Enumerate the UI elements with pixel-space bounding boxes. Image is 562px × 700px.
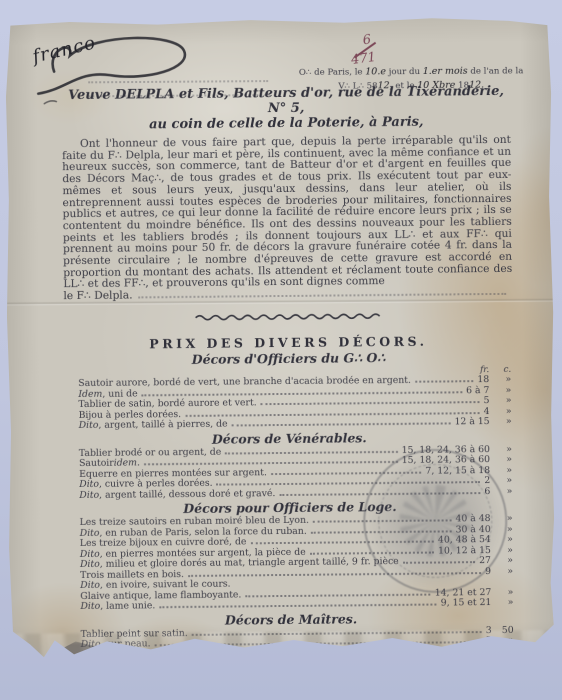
price-francs: 7, 12, 15 à 18 — [425, 466, 490, 477]
dateline-printed: O∴ de Paris, le — [299, 67, 365, 77]
row-label-italic: Dito — [81, 650, 101, 661]
dotted-leader — [232, 423, 451, 427]
row-label-rest: , sur peau. — [130, 660, 180, 664]
dateline-printed: jour du — [386, 67, 423, 77]
price-row: Dito, idem, sur peau. 3 » — [81, 657, 514, 664]
row-label-italic: Dito — [79, 490, 99, 501]
dotted-leader — [217, 481, 481, 486]
squiggle-icon — [193, 311, 383, 321]
dotted-leader — [185, 412, 480, 417]
aged-document-paper: franco 6 471 O∴ de Paris, le 10.e jour d… — [4, 16, 557, 664]
price-centimes: 50 — [492, 646, 514, 657]
section-rows: Tablier peint sur satin. 3 50 Dito, sur … — [81, 625, 515, 663]
dotted-leader — [188, 652, 482, 657]
price-centimes: » — [492, 636, 514, 647]
title-line-1: Veuve DELPLA et Fils, Batteurs d'or, rue… — [61, 84, 510, 118]
dotted-leader — [403, 561, 475, 564]
dotted-leader — [225, 451, 397, 455]
folio-number: 6 471 — [346, 32, 380, 69]
dotted-leader — [310, 551, 434, 554]
paragraph-last-line: le F∴ Delpla. — [63, 286, 512, 302]
dotted-leader — [188, 572, 481, 577]
section-rows: Tablier brodé or ou argent, de 15, 18, 2… — [79, 444, 512, 501]
price-centimes: » — [492, 657, 514, 664]
price-section: Décors de Vénérables. Tablier brodé or o… — [65, 429, 515, 501]
section-rows: Les treize sautoirs en ruban moiré bleu … — [80, 514, 514, 613]
row-label-rest: , argent, taillé à pierres, de — [98, 420, 227, 432]
price-section: Décors de Maîtres. Tablier peint sur sat… — [66, 610, 516, 663]
dotted-leader — [245, 593, 430, 597]
row-label-rest: , sur peau. — [101, 639, 151, 650]
dateline-handwritten: 1.er mois — [423, 66, 468, 77]
dotted-leader — [184, 662, 482, 664]
dotted-leader — [250, 541, 434, 545]
dotted-leader — [313, 520, 452, 523]
section-rows: fr. c. Sautoir aurore, bordé de vert, un… — [78, 365, 512, 432]
dotted-leader — [192, 631, 482, 636]
price-centimes: » — [491, 566, 513, 577]
price-section: Décors pour Officiers de Loge. Les treiz… — [65, 499, 515, 613]
price-list-heading: PRIX DES DIVERS DÉCORS. — [64, 333, 513, 352]
row-label-italic: Dito — [80, 602, 100, 613]
dotted-leader — [159, 604, 436, 609]
price-francs: 12 à 15 — [454, 417, 489, 428]
dateline-handwritten: 10.e — [365, 66, 386, 77]
row-label-italic: Dito — [79, 421, 99, 432]
row-label-rest: , argent taillé, dessous doré et gravé. — [99, 489, 275, 501]
title-line-2: au coin de celle de la Poterie, à Paris, — [62, 114, 511, 133]
price-francs: 9, 15 et 21 — [441, 598, 492, 609]
dotted-leader — [415, 380, 474, 383]
dotted-leader — [144, 461, 398, 465]
dotted-leader — [311, 530, 452, 533]
dotted-leader — [279, 492, 480, 496]
price-section: Décors d'Officiers du G∴ O∴ fr. c. Sauto… — [64, 350, 514, 432]
document-body: Veuve DELPLA et Fils, Batteurs d'or, rue… — [61, 84, 516, 664]
row-label-italic: Dito, idem — [81, 661, 130, 664]
photo-background: { "photo": { "background_color": "#c2c8e… — [0, 0, 562, 700]
row-label-rest: , lame unie. — [100, 601, 155, 612]
price-centimes: » — [490, 486, 512, 497]
dateline-row-1: O∴ de Paris, le 10.e jour du 1.er mois d… — [278, 64, 544, 80]
dotted-leader — [139, 293, 507, 299]
document-title: Veuve DELPLA et Fils, Batteurs d'or, rue… — [61, 84, 510, 133]
dotted-leader — [261, 401, 480, 405]
paragraph-last-words: le F∴ Delpla. — [63, 290, 132, 303]
row-label-rest: , nouveau modèle — [101, 650, 184, 661]
price-row: Dito, nouveau modèle 3 50 — [81, 646, 514, 661]
price-francs: 3 — [486, 647, 492, 658]
price-sections: Décors d'Officiers du G∴ O∴ fr. c. Sauto… — [64, 350, 516, 664]
price-centimes: » — [490, 417, 512, 428]
price-francs: 3 — [486, 657, 492, 664]
dateline-printed: de l'an de la — [468, 66, 524, 76]
squiggle-divider — [64, 303, 513, 326]
price-centimes: » — [491, 598, 513, 609]
dotted-leader — [142, 391, 462, 396]
price-francs: 3 — [486, 636, 492, 647]
dotted-leader — [155, 641, 482, 646]
announcement-paragraph: Ont l'honneur de vous faire part que, de… — [62, 134, 512, 290]
dotted-leader — [271, 471, 422, 474]
